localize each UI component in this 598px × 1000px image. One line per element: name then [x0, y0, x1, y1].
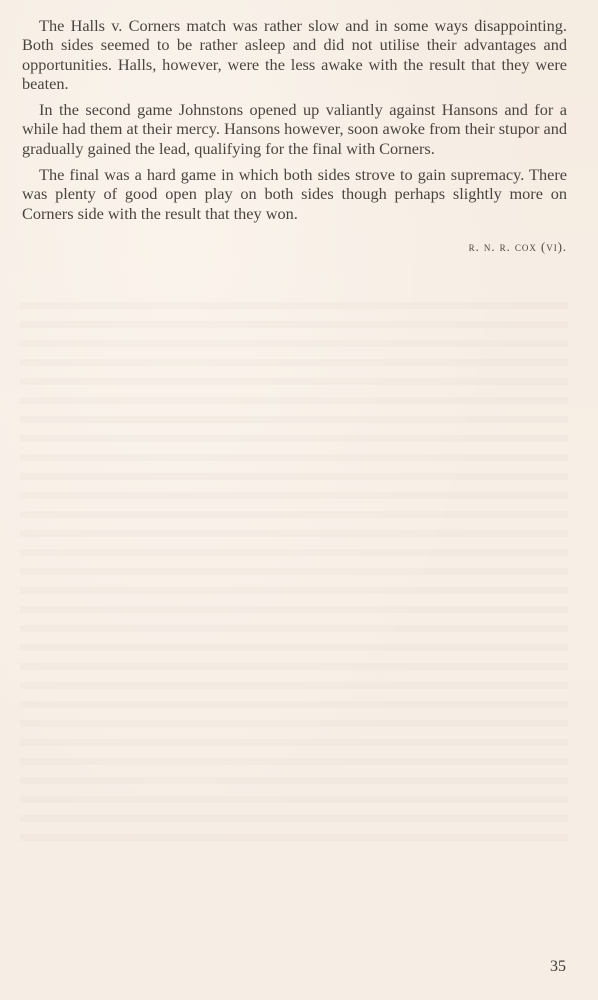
paragraph-halls-v-corners: The Halls v. Corners match was rather sl…: [22, 16, 567, 93]
author-attribution: r. n. r. cox (vi).: [469, 240, 567, 255]
paragraph-second-game: In the second game Johnstons opened up v…: [22, 100, 567, 158]
reverse-page-show-through: [20, 290, 568, 850]
paragraph-final: The final was a hard game in which both …: [22, 165, 567, 223]
page-number: 35: [550, 958, 566, 976]
document-page: The Halls v. Corners match was rather sl…: [0, 0, 598, 1000]
article-body: The Halls v. Corners match was rather sl…: [22, 16, 567, 230]
